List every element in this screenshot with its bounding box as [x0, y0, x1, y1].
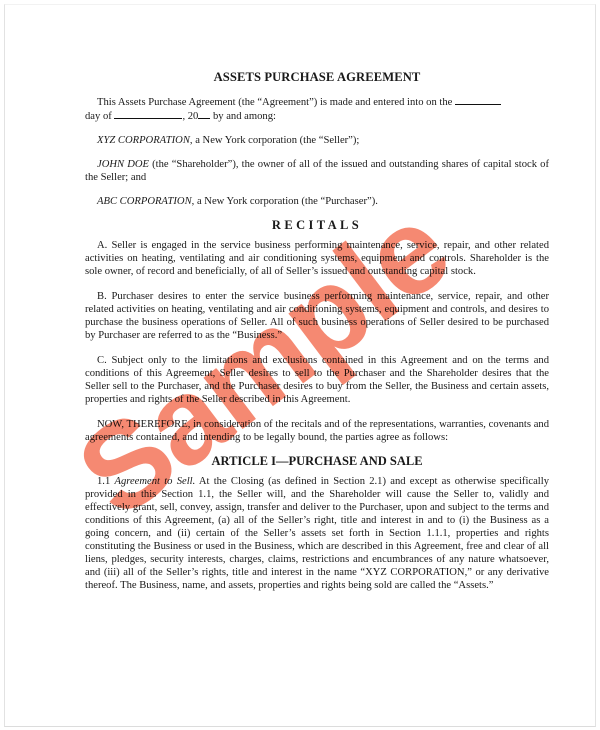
party-seller: XYZ CORPORATION, a New York corporation … — [85, 134, 549, 147]
party-name: XYZ CORPORATION — [97, 135, 190, 146]
section-text: At the Closing (as defined in Section 2.… — [85, 476, 549, 591]
section-number: 1.1 — [97, 476, 114, 487]
year-blank-field[interactable] — [198, 109, 210, 119]
party-name: ABC CORPORATION — [97, 196, 192, 207]
recitals-heading: RECITALS — [85, 219, 549, 232]
document-content: ASSETS PURCHASE AGREEMENT This Assets Pu… — [85, 71, 549, 604]
section-1-1: 1.1 Agreement to Sell. At the Closing (a… — [85, 475, 549, 592]
intro-paragraph: This Assets Purchase Agreement (the “Agr… — [85, 95, 549, 123]
intro-text-1: This Assets Purchase Agreement (the “Agr… — [97, 97, 452, 108]
day-blank-field[interactable] — [455, 95, 501, 105]
party-shareholder: JOHN DOE (the “Shareholder”), the owner … — [85, 158, 549, 184]
document-title: ASSETS PURCHASE AGREEMENT — [85, 71, 549, 84]
recital-a: A. Seller is engaged in the service busi… — [85, 239, 549, 278]
intro-text-3: , 20 — [182, 111, 198, 122]
intro-text-4: by and among: — [210, 111, 276, 122]
article-heading: ARTICLE I—PURCHASE AND SALE — [85, 455, 549, 468]
recital-b: B. Purchaser desires to enter the servic… — [85, 290, 549, 342]
section-caption: Agreement to Sell. — [114, 476, 195, 487]
party-text: , a New York corporation (the “Seller”); — [190, 135, 359, 146]
intro-text-2: day of — [85, 111, 112, 122]
party-text: , a New York corporation (the “Purchaser… — [192, 196, 378, 207]
document-page: ASSETS PURCHASE AGREEMENT This Assets Pu… — [4, 4, 596, 727]
month-blank-field[interactable] — [114, 109, 182, 119]
party-name: JOHN DOE — [97, 159, 149, 170]
party-text: (the “Shareholder”), the owner of all of… — [85, 159, 549, 183]
party-purchaser: ABC CORPORATION, a New York corporation … — [85, 195, 549, 208]
recital-c: C. Subject only to the limitations and e… — [85, 354, 549, 406]
now-therefore-paragraph: NOW, THEREFORE, in consideration of the … — [85, 418, 549, 444]
